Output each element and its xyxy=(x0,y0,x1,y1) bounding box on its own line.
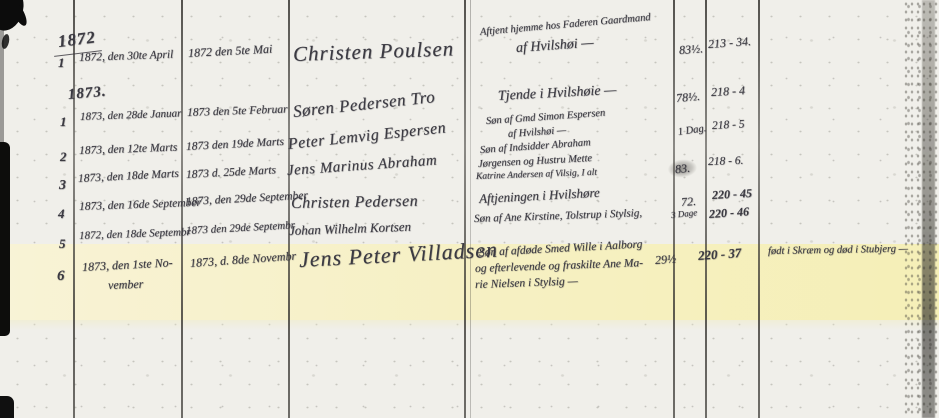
remarks-line: af Hvilshøi — xyxy=(516,37,595,56)
departure-date: 1873 den 5te Februar xyxy=(187,104,288,119)
entry-row-number: 4 xyxy=(58,207,65,220)
duration-value: 29½ xyxy=(655,253,677,266)
year-header-1872: 1872 xyxy=(57,28,97,50)
arrival-date: 1873, den 18de Marts xyxy=(78,169,179,186)
arrival-date: 1872, den 18de Septembr xyxy=(79,227,191,242)
arrival-date-continued: vember xyxy=(108,278,144,291)
arrival-date: 1873, den 28de Januar xyxy=(80,108,182,123)
page-ref: 218 - 4 xyxy=(711,84,746,98)
column-rule-3 xyxy=(288,0,290,418)
remarks-line: Aftjent hjemme hos Faderen Gaardmand xyxy=(480,13,652,38)
duration-value: 83. xyxy=(667,158,698,179)
entry-row-number: 5 xyxy=(59,237,66,250)
page-ref: 220 - 46 xyxy=(709,205,750,220)
page-ref: 213 - 34. xyxy=(708,35,752,50)
duration-value: 78½. xyxy=(675,90,700,104)
departure-date: 1872 den 5te Mai xyxy=(188,43,273,59)
person-name: Christen Poulsen xyxy=(293,38,455,65)
remarks-line: af Hvilshøi — xyxy=(508,126,567,141)
scan-edge-left-middle xyxy=(0,142,10,336)
entry-row-number: 1 xyxy=(58,56,65,69)
duration-value: 72. xyxy=(681,195,697,208)
entry-row-number: 1 xyxy=(60,115,67,128)
register-scan-page: 1872 1873. 1 1872, den 30te April 1872 d… xyxy=(0,0,939,418)
page-ref: 220 - 37 xyxy=(698,246,742,262)
entry-row-number: 6 xyxy=(57,269,65,284)
scan-edge-left-upper xyxy=(0,28,4,148)
person-name: Christen Pedersen xyxy=(291,194,418,212)
column-rule-6 xyxy=(705,0,707,418)
duration-value: 1 Dag. xyxy=(677,124,707,138)
departure-date: 1873 den 19de Marts xyxy=(186,137,285,154)
duration-value: 83½. xyxy=(679,42,704,56)
remarks-line: Søn af Gmd Simon Espersen xyxy=(486,109,606,128)
remarks-line: Aftjeningen i Hvilshøre xyxy=(479,186,600,205)
year-header-1873: 1873. xyxy=(67,85,107,103)
page-ref: 218 - 5 xyxy=(712,119,745,132)
entry-row-number: 3 xyxy=(59,179,66,193)
departure-date: 1873 d. 25de Marts xyxy=(186,165,277,181)
departure-date: 1873 den 29de Septembr xyxy=(186,220,295,237)
person-name: Johan Wilhelm Kortsen xyxy=(289,220,411,237)
duration-value: 3 Dage xyxy=(671,208,698,220)
remarks-line: Søn af Ane Kirstine, Tolstrup i Stylsig, xyxy=(474,208,642,225)
remarks-line: Katrine Andersen af Vilsig, I alt xyxy=(476,169,597,183)
entry-row-number: 2 xyxy=(60,150,67,163)
page-ref: 218 - 6. xyxy=(708,156,744,169)
arrival-date: 1872, den 30te April xyxy=(79,50,174,65)
remarks-line: Tjende i Hvilshøie — xyxy=(498,84,617,104)
departure-date: 1873, den 29de September xyxy=(186,191,308,209)
page-ref: 220 - 45 xyxy=(712,187,753,201)
scan-edge-right-strip xyxy=(922,0,935,418)
person-name: Jens Marinus Abraham xyxy=(286,154,437,179)
arrival-date: 1873, den 16de September xyxy=(79,198,201,214)
arrival-date: 1873, den 12te Marts xyxy=(79,143,178,158)
person-name: Peter Lemvig Espersen xyxy=(287,120,447,153)
scan-edge-left-bottom xyxy=(0,396,14,418)
column-rule-1 xyxy=(73,0,75,418)
column-rule-gutter-2 xyxy=(470,0,471,418)
column-rule-gutter xyxy=(464,0,466,418)
person-name: Søren Pedersen Tro xyxy=(292,88,436,120)
column-rule-7 xyxy=(758,0,760,418)
